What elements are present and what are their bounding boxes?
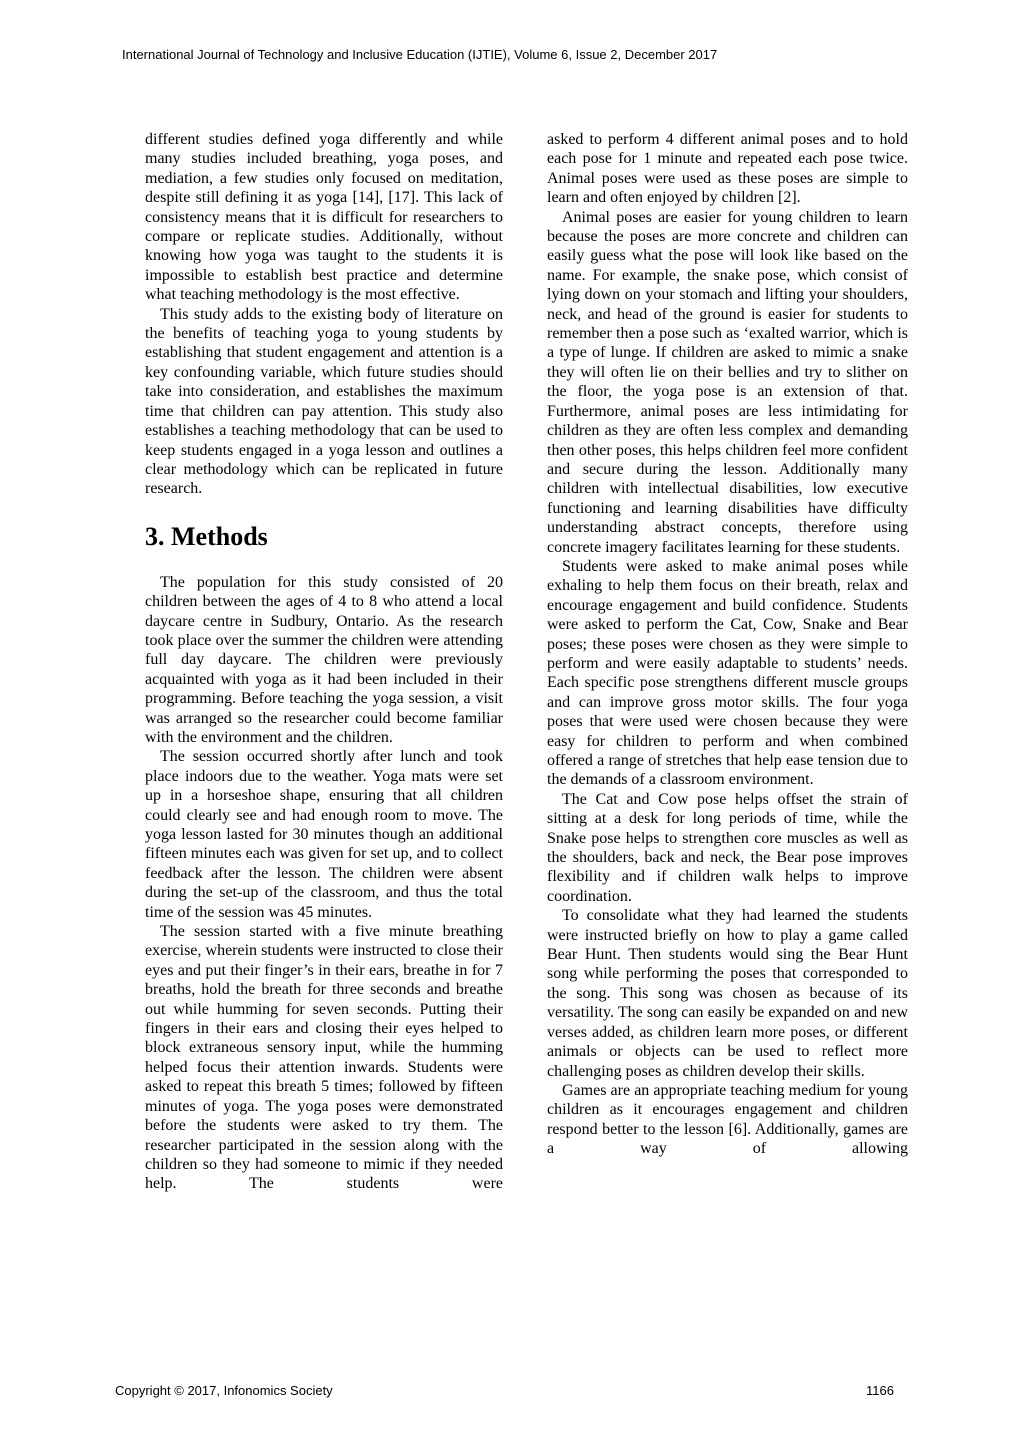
paragraph-bear-hunt-game: To consolidate what they had learned the… <box>547 906 908 1081</box>
paragraph-session-setup: The session occurred shortly after lunch… <box>145 747 503 922</box>
footer-copyright: Copyright © 2017, Infonomics Society <box>115 1383 333 1398</box>
right-column: asked to perform 4 different animal pose… <box>547 130 908 1159</box>
paragraph-continuation-definitions: different studies defined yoga different… <box>145 130 503 305</box>
journal-running-head: International Journal of Technology and … <box>122 47 717 62</box>
paragraph-games-medium: Games are an appropriate teaching medium… <box>547 1081 908 1159</box>
paragraph-population: The population for this study consisted … <box>145 573 503 748</box>
section-heading-methods: 3. Methods <box>145 523 503 551</box>
footer-page-number: 1166 <box>820 1383 894 1398</box>
paragraph-animal-poses-held: asked to perform 4 different animal pose… <box>547 130 908 208</box>
paragraph-breathing-exercise: The session started with a five minute b… <box>145 922 503 1194</box>
paragraph-pose-benefits: The Cat and Cow pose helps offset the st… <box>547 790 908 906</box>
paragraph-study-contribution: This study adds to the existing body of … <box>145 305 503 499</box>
paragraph-animal-poses-easier: Animal poses are easier for young childr… <box>547 208 908 557</box>
left-column: different studies defined yoga different… <box>145 130 503 1194</box>
paragraph-poses-chosen: Students were asked to make animal poses… <box>547 557 908 790</box>
paper-page: International Journal of Technology and … <box>0 0 1024 1448</box>
